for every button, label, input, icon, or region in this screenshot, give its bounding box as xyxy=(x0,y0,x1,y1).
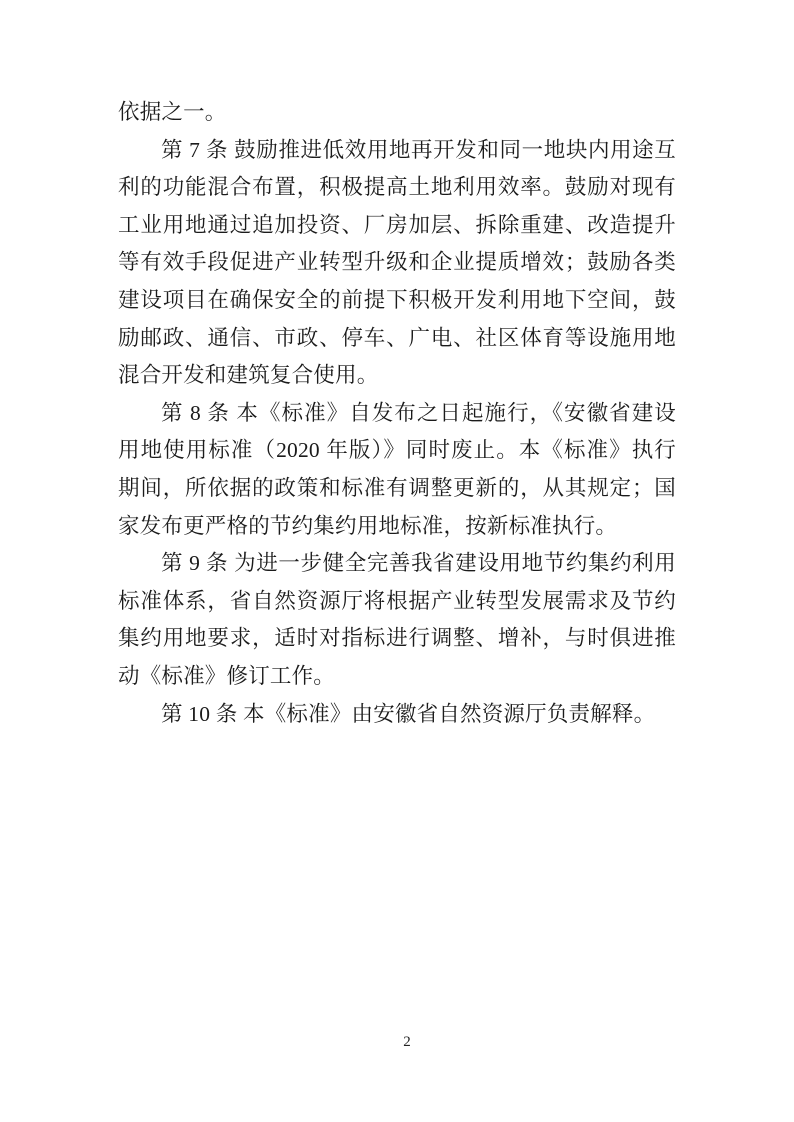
document-page: 依据之一。第 7 条 鼓励推进低效用地再开发和同一地块内用途互利的功能混合布置，… xyxy=(0,0,794,1122)
document-body: 依据之一。第 7 条 鼓励推进低效用地再开发和同一地块内用途互利的功能混合布置，… xyxy=(118,94,676,733)
paragraph: 第 10 条 本《标准》由安徽省自然资源厅负责解释。 xyxy=(118,696,676,734)
page-footer: 2 xyxy=(0,1032,794,1052)
paragraph: 第 7 条 鼓励推进低效用地再开发和同一地块内用途互利的功能混合布置，积极提高土… xyxy=(118,132,676,395)
paragraph: 第 9 条 为进一步健全完善我省建设用地节约集约利用标准体系，省自然资源厅将根据… xyxy=(118,545,676,695)
paragraph: 依据之一。 xyxy=(118,94,676,132)
paragraph: 第 8 条 本《标准》自发布之日起施行，《安徽省建设用地使用标准（2020 年版… xyxy=(118,395,676,545)
page-number: 2 xyxy=(403,1032,411,1052)
